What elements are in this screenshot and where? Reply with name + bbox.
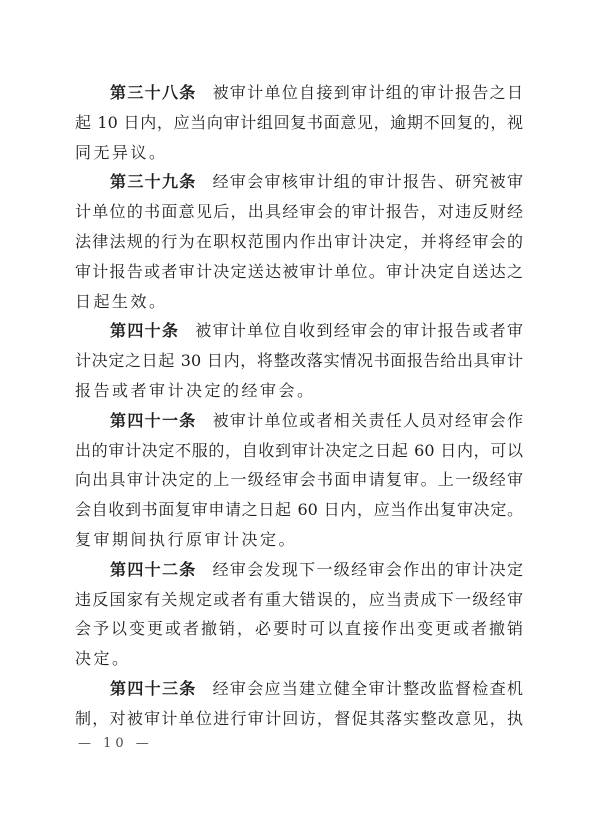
article-line: 出的审计决定不服的，自收到审计决定之日起 60 日内，可以 bbox=[75, 436, 523, 466]
article-text: 经审会发现下一级经审会作出的审计决定 bbox=[213, 560, 523, 579]
document-page: 第三十八条被审计单位自接到审计组的审计报告之日起 10 日内，应当向审计组回复书… bbox=[0, 0, 600, 819]
article-text: 经审会审核审计组的审计报告、研究被审 bbox=[213, 172, 523, 191]
article-first-line: 第四十二条经审会发现下一级经审会作出的审计决定 bbox=[75, 555, 523, 585]
article-line: 会自收到书面复审申请之日起 60 日内，应当作出复审决定。 bbox=[75, 495, 523, 525]
article-line: 会予以变更或者撤销，必要时可以直接作出变更或者撤销 bbox=[75, 614, 523, 644]
article-first-line: 第四十三条经审会应当建立健全审计整改监督检查机 bbox=[75, 674, 523, 704]
article-first-line: 第三十八条被审计单位自接到审计组的审计报告之日 bbox=[75, 78, 523, 108]
article-line: 起 10 日内，应当向审计组回复书面意见，逾期不回复的，视 bbox=[75, 108, 523, 138]
article-line: 违反国家有关规定或者有重大错误的，应当责成下一级经审 bbox=[75, 585, 523, 615]
article-number: 第三十九条 bbox=[110, 172, 197, 191]
article-line: 同无异议。 bbox=[75, 138, 523, 168]
article-line: 制，对被审计单位进行审计回访，督促其落实整改意见，执 bbox=[75, 704, 523, 734]
page-number: — 10 — bbox=[78, 735, 153, 753]
article-number: 第四十一条 bbox=[110, 411, 197, 430]
article-number: 第四十三条 bbox=[110, 679, 197, 698]
article-text: 被审计单位自收到经审会的审计报告或者审 bbox=[195, 321, 523, 340]
article-line: 计单位的书面意见后，出具经审会的审计报告，对违反财经 bbox=[75, 197, 523, 227]
document-body: 第三十八条被审计单位自接到审计组的审计报告之日起 10 日内，应当向审计组回复书… bbox=[75, 78, 523, 734]
article-number: 第三十八条 bbox=[110, 83, 197, 102]
article-number: 第四十二条 bbox=[110, 560, 197, 579]
article-line: 计决定之日起 30 日内，将整改落实情况书面报告给出具审计 bbox=[75, 346, 523, 376]
article-first-line: 第四十条被审计单位自收到经审会的审计报告或者审 bbox=[75, 316, 523, 346]
article-text: 被审计单位自接到审计组的审计报告之日 bbox=[213, 83, 523, 102]
article-first-line: 第四十一条被审计单位或者相关责任人员对经审会作 bbox=[75, 406, 523, 436]
article-line: 复审期间执行原审计决定。 bbox=[75, 525, 523, 555]
article-line: 审计报告或者审计决定送达被审计单位。审计决定自送达之 bbox=[75, 257, 523, 287]
article-text: 经审会应当建立健全审计整改监督检查机 bbox=[213, 679, 523, 698]
article-text: 被审计单位或者相关责任人员对经审会作 bbox=[213, 411, 523, 430]
article-line: 决定。 bbox=[75, 644, 523, 674]
article-line: 日起生效。 bbox=[75, 287, 523, 317]
article-line: 报告或者审计决定的经审会。 bbox=[75, 376, 523, 406]
article-number: 第四十条 bbox=[110, 321, 179, 340]
article-line: 向出具审计决定的上一级经审会书面申请复审。上一级经审 bbox=[75, 465, 523, 495]
article-line: 法律法规的行为在职权范围内作出审计决定，并将经审会的 bbox=[75, 227, 523, 257]
article-first-line: 第三十九条经审会审核审计组的审计报告、研究被审 bbox=[75, 167, 523, 197]
